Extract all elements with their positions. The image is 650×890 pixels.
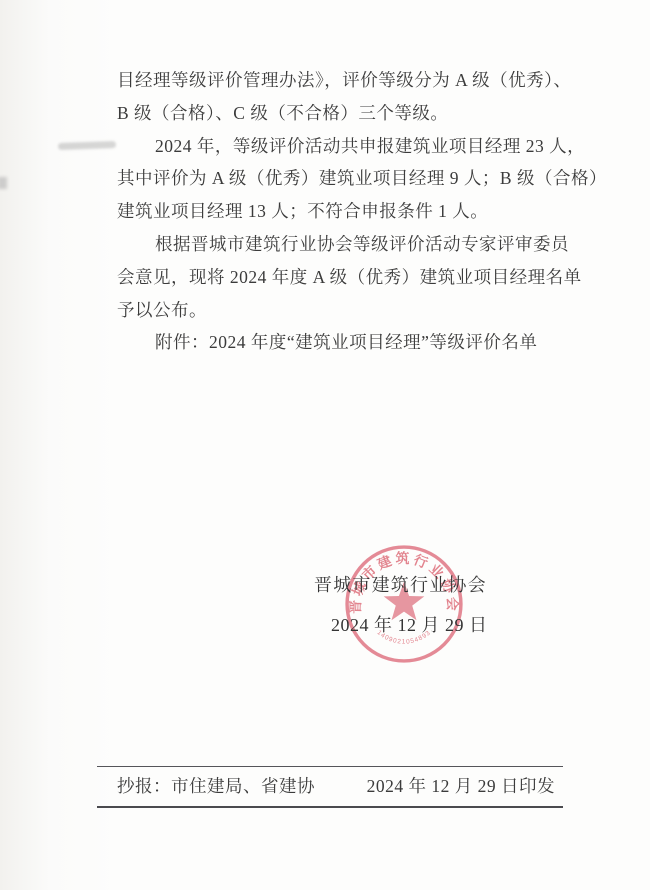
body-line: 附件：2024 年度“建筑业项目经理”等级评价名单 xyxy=(117,326,587,359)
body-line: 会意见，现将 2024 年度 A 级（优秀）建筑业项目经理名单 xyxy=(117,261,587,294)
body-line: 根据晋城市建筑行业协会等级评价活动专家评审委员 xyxy=(117,228,587,261)
footer-bar: 抄报：市住建局、省建协 2024 年 12 月 29 日印发 xyxy=(97,766,563,808)
scanned-document-page: 目经理等级评价管理办法》，评价等级分为 A 级（优秀）、 B 级（合格）、C 级… xyxy=(0,0,650,890)
scan-artifact xyxy=(58,141,116,150)
body-line: 目经理等级评价管理办法》，评价等级分为 A 级（优秀）、 xyxy=(117,64,587,97)
document-body: 目经理等级评价管理办法》，评价等级分为 A 级（优秀）、 B 级（合格）、C 级… xyxy=(117,64,587,359)
body-line: 其中评价为 A 级（优秀）建筑业项目经理 9 人；B 级（合格） xyxy=(117,162,587,195)
signature-organization: 晋城市建筑行业协会 xyxy=(314,569,487,602)
body-line: 2024 年，等级评价活动共申报建筑业项目经理 23 人， xyxy=(117,130,587,163)
body-line: B 级（合格）、C 级（不合格）三个等级。 xyxy=(117,97,587,130)
official-seal: 晋城市建筑行业协会 1409021054893 xyxy=(342,542,466,666)
scan-artifact xyxy=(0,177,7,189)
body-line: 建筑业项目经理 13 人；不符合申报条件 1 人。 xyxy=(117,195,587,228)
signature-date: 2024 年 12 月 29 日 xyxy=(331,609,488,642)
body-line: 予以公布。 xyxy=(117,294,587,327)
footer-copy-to: 抄报：市住建局、省建协 xyxy=(117,774,315,798)
footer-print-date: 2024 年 12 月 29 日印发 xyxy=(367,774,555,798)
